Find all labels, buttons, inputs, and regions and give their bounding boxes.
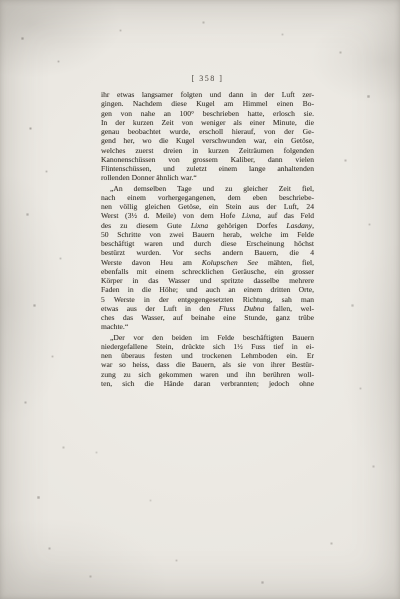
place-name: Lasdany [286,221,312,230]
text-segment: Kanonenschüssen von grossem Kaliber, dan… [101,155,314,164]
text-line: Werste davon Heu am Kolupschen See mähte… [101,258,314,267]
text-segment: war so heiss, dass die Bauern, als sie v… [101,360,314,369]
text-segment: „An demselben Tage und zu gleicher Zeit … [110,184,314,193]
text-line: machte.“ [101,322,314,331]
text-segment: gend her, wo die Kugel verschwunden war,… [101,136,314,145]
text-segment: Werst (3½ d. Meile) von dem Hofe [101,211,242,220]
text-segment: , [312,221,314,230]
text-segment: , auf das Feld [259,211,314,220]
text-segment: In der kurzen Zeit von weniger als einer… [101,118,314,127]
text-line: zung zu sich gekommen waren und ihn berü… [101,370,314,379]
text-segment: Faden in die Höhe; und auch an einem dri… [101,285,314,294]
paragraph: „Der vor den beiden im Felde beschäftigt… [101,333,314,389]
text-segment: Werste davon Heu am [101,258,202,267]
text-line: gingen. Nachdem diese Kugel am Himmel ei… [101,99,314,108]
text-line: nach einem vorhergegangenen, dem eben be… [101,193,314,202]
text-segment: 50 Schritte von zwei Bauern herab, welch… [101,230,314,239]
text-line: Werst (3½ d. Meile) von dem Hofe Lixna, … [101,211,314,220]
text-segment: machte.“ [101,322,128,331]
place-name: Kolupschen See [202,258,258,267]
text-line: welches zuerst dreien in kurzen Zeiträum… [101,146,314,155]
text-segment: ten, sich die Hände daran verbrannten; j… [101,379,314,388]
text-line: Faden in die Höhe; und auch an einem dri… [101,285,314,294]
text-line: „Der vor den beiden im Felde beschäftigt… [101,333,314,342]
text-segment: niedergefallene Stein, drückte sich 1½ F… [101,342,314,351]
text-segment: „Der vor den beiden im Felde beschäftigt… [110,333,314,342]
text-segment: nach einem vorhergegangenen, dem eben be… [101,193,314,202]
text-line: In der kurzen Zeit von weniger als einer… [101,118,314,127]
text-segment: Flintenschüssen, und zuletzt einem lange… [101,164,314,173]
text-segment: nen völlig gleichen Getöse, ein Stein au… [101,202,314,211]
text-segment: ihr etwas langsamer folgten und dann in … [101,90,314,99]
text-line: ihr etwas langsamer folgten und dann in … [101,90,314,99]
text-segment: ebenfalls mit einem schrecklichen Geräus… [101,267,314,276]
text-line: 5 Werste in der entgegengesetzten Richtu… [101,295,314,304]
place-name: Fluss Dubna [219,304,265,313]
text-line: Kanonenschüssen von grossem Kaliber, dan… [101,155,314,164]
text-line: gen von nahe an 100° beschrieben hatte, … [101,109,314,118]
text-line: „An demselben Tage und zu gleicher Zeit … [101,184,314,193]
place-name: Lixna [191,221,208,230]
text-segment: zung zu sich gekommen waren und ihn berü… [101,370,314,379]
text-line: ches das Wasser, auf beinahe eine Stunde… [101,313,314,322]
text-line: des zu diesem Gute Lixna gehörigen Dorfe… [101,221,314,230]
text-line: Flintenschüssen, und zuletzt einem lange… [101,164,314,173]
text-segment: welches zuerst dreien in kurzen Zeiträum… [101,146,314,155]
place-name: Lixna [242,211,259,220]
text-line: genau beobachtet wurde, erscholl hierauf… [101,127,314,136]
text-segment: etwas aus der Luft in den [101,304,219,313]
text-segment: 5 Werste in der entgegengesetzten Richtu… [101,295,314,304]
text-segment: Körper in das Wasser und spritzte dassel… [101,276,314,285]
text-segment: gingen. Nachdem diese Kugel am Himmel ei… [101,99,314,108]
text-segment: ches das Wasser, auf beinahe eine Stunde… [101,313,314,322]
text-line: beschäftigt waren und durch diese Ersche… [101,239,314,248]
text-line: nen überaus festen und trockenen Lehmbod… [101,351,314,360]
text-line: 50 Schritte von zwei Bauern herab, welch… [101,230,314,239]
text-segment: nen überaus festen und trockenen Lehmbod… [101,351,314,360]
paragraph: „An demselben Tage und zu gleicher Zeit … [101,184,314,332]
text-line: bestürzt wurden. Vor sechs andern Bauern… [101,248,314,257]
text-line: nen völlig gleichen Getöse, ein Stein au… [101,202,314,211]
text-line: gend her, wo die Kugel verschwunden war,… [101,136,314,145]
text-line: ten, sich die Hände daran verbrannten; j… [101,379,314,388]
text-segment: mähten, fiel, [258,258,314,267]
text-segment: gehörigen Dorfes [208,221,286,230]
text-line: Körper in das Wasser und spritzte dassel… [101,276,314,285]
text-segment: rollenden Donner ähnlich war.“ [101,173,197,182]
text-line: niedergefallene Stein, drückte sich 1½ F… [101,342,314,351]
body-text: ihr etwas langsamer folgten und dann in … [101,90,314,388]
text-segment: genau beobachtet wurde, erscholl hierauf… [101,127,314,136]
text-segment: bestürzt wurden. Vor sechs andern Bauern… [101,248,314,257]
text-segment: gen von nahe an 100° beschrieben hatte, … [101,109,314,118]
text-line: war so heiss, dass die Bauern, als sie v… [101,360,314,369]
paragraph: ihr etwas langsamer folgten und dann in … [101,90,314,183]
scanned-book-page: [ 358 ] ihr etwas langsamer folgten und … [0,0,400,599]
text-segment: des zu diesem Gute [101,221,191,230]
paper-specks-texture [0,0,1,1]
text-block: [ 358 ] ihr etwas langsamer folgten und … [101,74,314,388]
text-line: rollenden Donner ähnlich war.“ [101,173,314,182]
page-number: [ 358 ] [101,74,314,83]
text-line: ebenfalls mit einem schrecklichen Geräus… [101,267,314,276]
text-segment: fallen, wel- [264,304,314,313]
text-line: etwas aus der Luft in den Fluss Dubna fa… [101,304,314,313]
text-segment: beschäftigt waren und durch diese Ersche… [101,239,314,248]
